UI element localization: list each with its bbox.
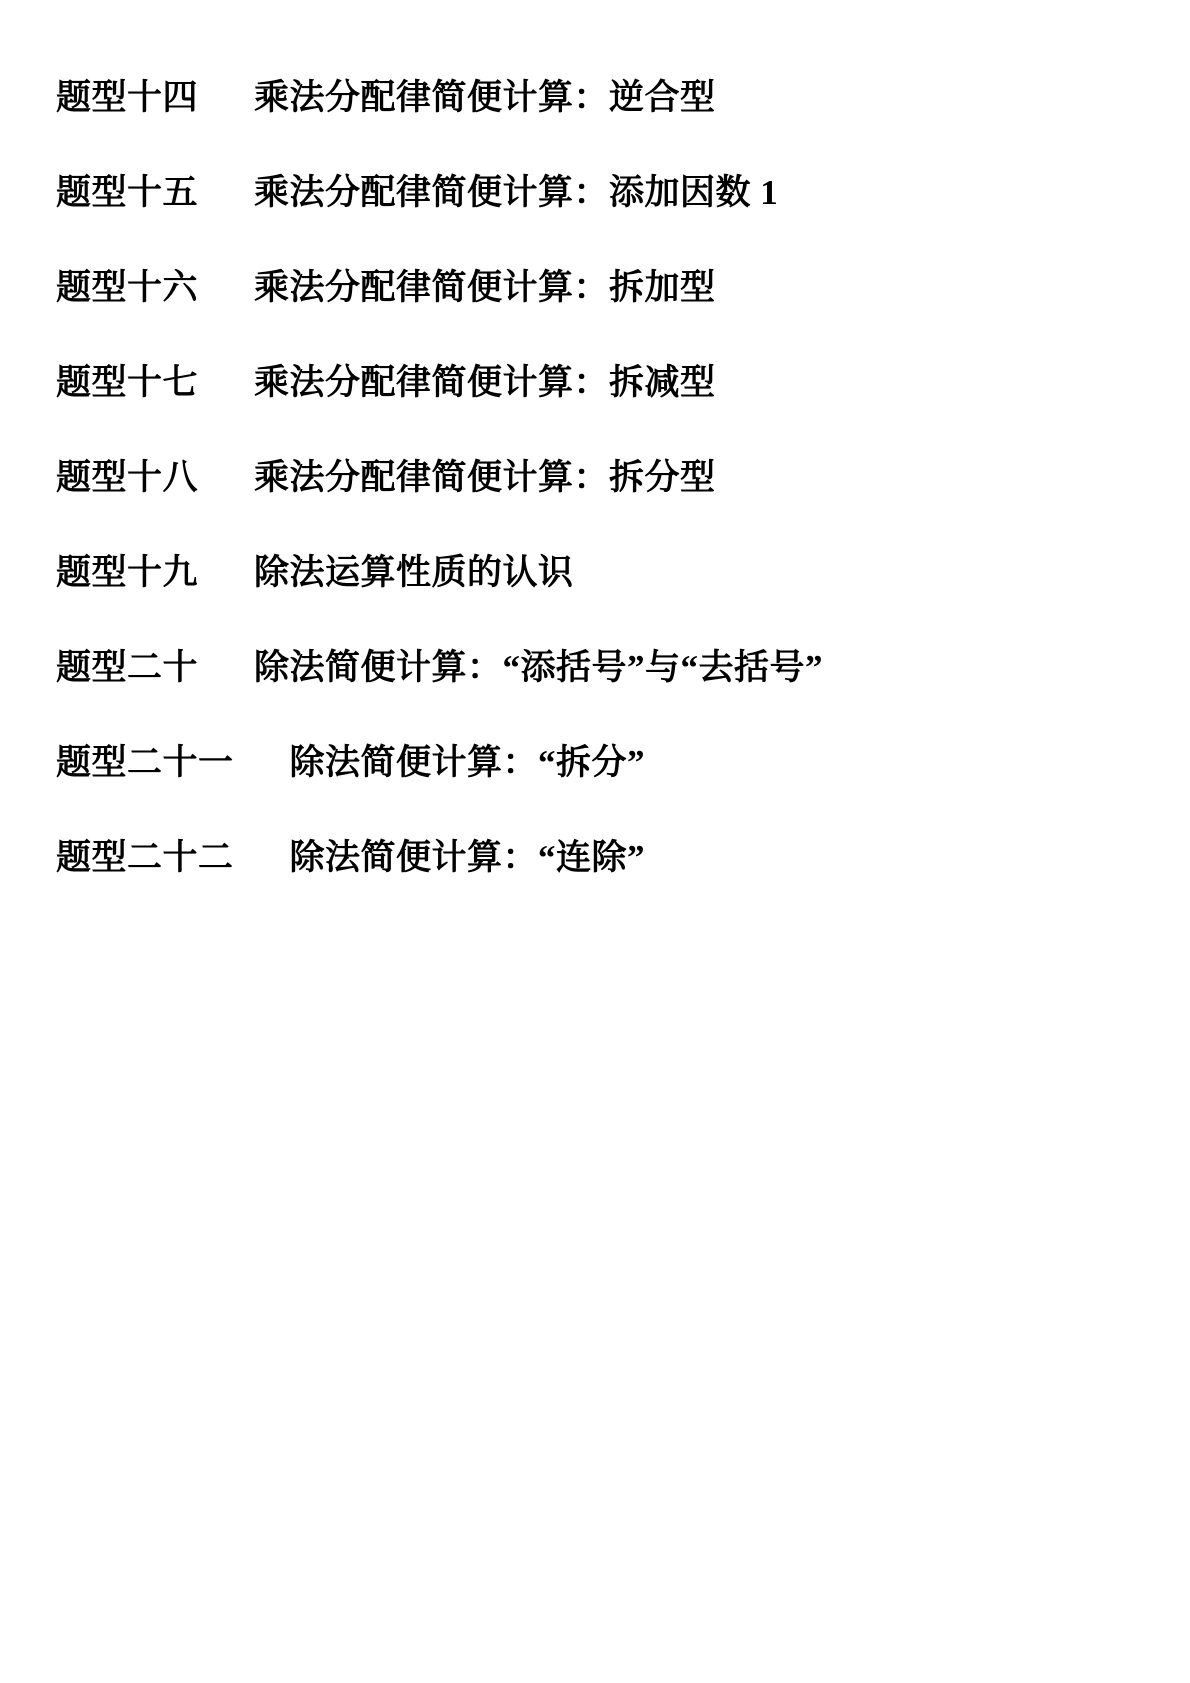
- toc-row: 题型十六 乘法分配律简便计算：拆加型: [56, 270, 1190, 305]
- item-description: 乘法分配律简便计算：拆加型: [254, 270, 716, 305]
- toc-row: 题型十五 乘法分配律简便计算：添加因数 1: [56, 175, 1190, 210]
- toc-row: 题型十四 乘法分配律简便计算：逆合型: [56, 80, 1190, 115]
- item-label: 题型十五: [56, 175, 198, 210]
- item-label: 题型十九: [56, 555, 198, 590]
- item-label: 题型十四: [56, 80, 198, 115]
- item-description: 乘法分配律简便计算：拆减型: [254, 365, 716, 400]
- toc-row: 题型二十一 除法简便计算：“拆分”: [56, 745, 1190, 780]
- item-label: 题型二十一: [56, 745, 234, 780]
- item-label: 题型二十二: [56, 840, 234, 875]
- toc-row: 题型十七 乘法分配律简便计算：拆减型: [56, 365, 1190, 400]
- item-label: 题型二十: [56, 650, 198, 685]
- item-description: 乘法分配律简便计算：拆分型: [254, 460, 716, 495]
- item-description: 除法简便计算：“拆分”: [290, 745, 646, 780]
- toc-row: 题型十九 除法运算性质的认识: [56, 555, 1190, 590]
- toc-list: 题型十四 乘法分配律简便计算：逆合型 题型十五 乘法分配律简便计算：添加因数 1…: [0, 0, 1190, 875]
- toc-row: 题型十八 乘法分配律简便计算：拆分型: [56, 460, 1190, 495]
- item-label: 题型十六: [56, 270, 198, 305]
- item-description: 除法简便计算：“连除”: [290, 840, 646, 875]
- item-description: 乘法分配律简便计算：逆合型: [254, 80, 716, 115]
- item-description: 除法运算性质的认识: [254, 555, 574, 590]
- item-description: 除法简便计算：“添括号”与“去括号”: [254, 650, 823, 685]
- toc-row: 题型二十二 除法简便计算：“连除”: [56, 840, 1190, 875]
- document-page: 题型十四 乘法分配律简便计算：逆合型 题型十五 乘法分配律简便计算：添加因数 1…: [0, 0, 1190, 1683]
- toc-row: 题型二十 除法简便计算：“添括号”与“去括号”: [56, 650, 1190, 685]
- item-label: 题型十八: [56, 460, 198, 495]
- item-description: 乘法分配律简便计算：添加因数 1: [254, 175, 778, 210]
- item-label: 题型十七: [56, 365, 198, 400]
